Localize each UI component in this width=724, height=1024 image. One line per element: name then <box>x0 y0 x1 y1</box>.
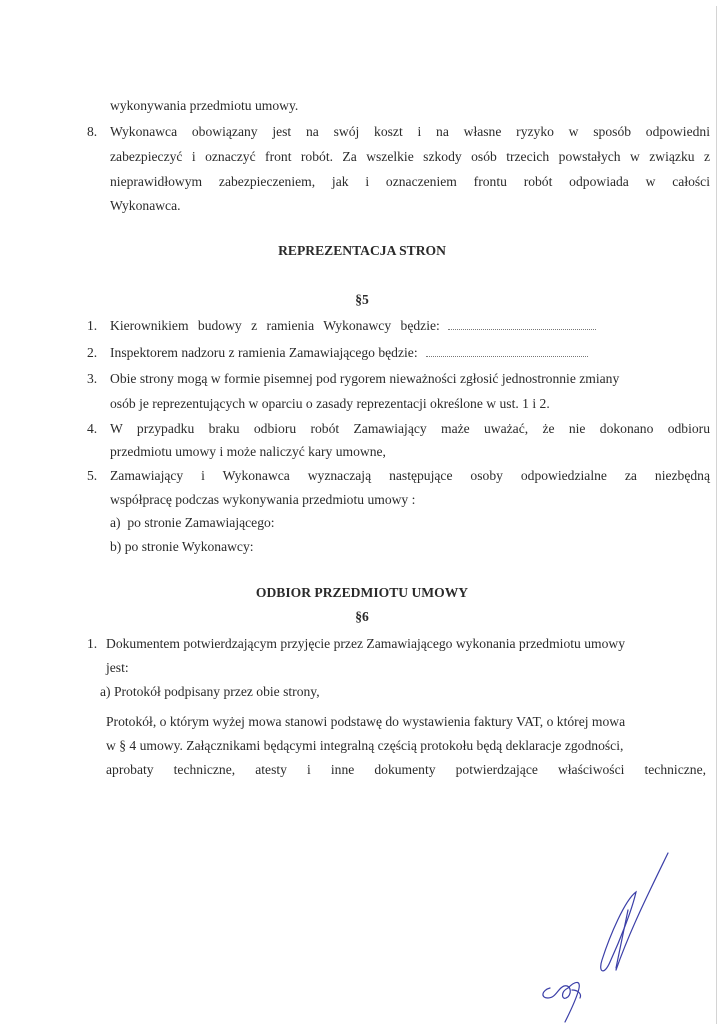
body-line: aprobaty techniczne, atesty i inne dokum… <box>106 762 706 778</box>
subitem-protocol: a) Protokół podpisany przez obie strony, <box>100 684 320 700</box>
subitem-text: Protokół podpisany przez obie strony, <box>114 684 320 699</box>
item-line: przedmiotu umowy i może naliczyć kary um… <box>110 444 386 460</box>
item-line: Obie strony mogą w formie pisemnej pod r… <box>110 371 619 387</box>
item-line: Zamawiający i Wykonawca wyznaczają nastę… <box>110 468 710 484</box>
inspector-label: Inspektorem nadzoru z ramienia Zamawiają… <box>110 345 418 360</box>
inspector-blank-field[interactable] <box>426 345 588 357</box>
continuation-line: wykonywania przedmiotu umowy. <box>110 98 298 114</box>
site-manager-line: Kierownikiem budowy z ramienia Wykonawcy… <box>110 318 596 334</box>
site-manager-label: Kierownikiem budowy z ramienia Wykonawcy… <box>110 318 440 333</box>
item-number: 3. <box>87 371 97 387</box>
subitem-text: po stronie Zamawiającego: <box>127 515 274 530</box>
subitem-label: b) <box>110 539 121 554</box>
item-number: 1. <box>87 636 97 652</box>
item-8-line: zabezpieczyć i oznaczyć front robót. Za … <box>110 149 710 165</box>
paragraph-mark: §6 <box>0 609 724 625</box>
section-heading: ODBIOR PRZEDMIOTU UMOWY <box>0 585 724 601</box>
item-8-line: Wykonawca. <box>110 198 181 214</box>
inspector-line: Inspektorem nadzoru z ramienia Zamawiają… <box>110 345 588 361</box>
item-number: 8. <box>87 124 97 140</box>
item-line: W przypadku braku odbioru robót Zamawiaj… <box>110 421 710 437</box>
item-number: 4. <box>87 421 97 437</box>
subitem-text: po stronie Wykonawcy: <box>125 539 254 554</box>
item-8-line: Wykonawca obowiązany jest na swój koszt … <box>110 124 710 140</box>
section-heading: REPREZENTACJA STRON <box>0 243 724 259</box>
handwritten-signature-icon <box>520 840 720 1024</box>
subitem-wykonawca: b) po stronie Wykonawcy: <box>110 539 254 555</box>
subitem-label: a) <box>100 684 111 699</box>
item-line: współpracę podczas wykonywania przedmiot… <box>110 492 415 508</box>
item-line: Dokumentem potwierdzającym przyjęcie prz… <box>106 636 625 652</box>
item-number: 1. <box>87 318 97 334</box>
subitem-zamawiajacy: a) po stronie Zamawiającego: <box>110 515 275 531</box>
body-line: Protokół, o którym wyżej mowa stanowi po… <box>106 714 625 730</box>
item-line: osób je reprezentujących w oparciu o zas… <box>110 396 550 412</box>
item-line: jest: <box>106 660 129 676</box>
item-number: 2. <box>87 345 97 361</box>
item-8-line: nieprawidłowym zabezpieczeniem, jak i oz… <box>110 174 710 190</box>
subitem-label: a) <box>110 515 121 530</box>
item-number: 5. <box>87 468 97 484</box>
paragraph-mark: §5 <box>0 292 724 308</box>
body-line: w § 4 umowy. Załącznikami będącymi integ… <box>106 738 623 754</box>
site-manager-blank-field[interactable] <box>448 318 596 330</box>
